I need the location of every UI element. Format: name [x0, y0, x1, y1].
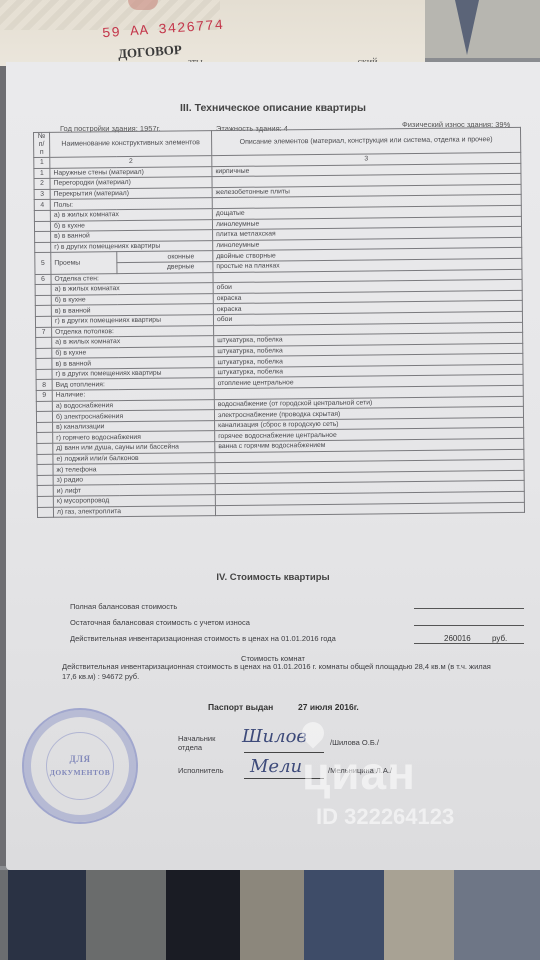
row-num: [35, 242, 51, 253]
head-signature: Шилов: [242, 726, 307, 747]
section-4-title: IV. Стоимость квартиры: [6, 572, 540, 583]
row-num: [37, 486, 53, 497]
row-num: [35, 284, 51, 295]
row-num: [34, 210, 50, 221]
passport-issued-label: Паспорт выдан: [208, 702, 273, 712]
residual-balance-value: [414, 625, 524, 626]
row-num: [37, 443, 53, 454]
stamp-text: ДОКУМЕНТОВ: [24, 768, 136, 777]
row-description: [215, 502, 524, 516]
full-balance-label: Полная балансовая стоимость: [70, 602, 177, 611]
header-num: № п/п: [34, 132, 50, 157]
row-num: [36, 359, 52, 370]
colnum-1: 1: [34, 157, 50, 168]
stamp-text: ДЛЯ: [24, 754, 136, 764]
row-element-name: Проемы: [51, 252, 117, 274]
row-num: 5: [35, 253, 51, 274]
row-num: [37, 496, 53, 507]
row-num: 4: [34, 200, 50, 211]
row-num: [37, 422, 53, 433]
passport-issued-date: 27 июля 2016г.: [298, 702, 359, 712]
row-num: [36, 348, 52, 359]
head-name: /Шилова О.Б./: [330, 738, 379, 747]
header-element-name: Наименование конструктивных элементов: [50, 131, 212, 158]
contract-title: ДОГОВОР: [118, 42, 183, 62]
row-num: [36, 337, 52, 348]
row-num: [37, 454, 53, 465]
row-num: [37, 507, 53, 518]
executor-signature: Мели: [250, 756, 302, 777]
executor-signature-line: [244, 778, 324, 779]
row-num: [35, 316, 51, 327]
actual-value-currency: руб.: [492, 634, 507, 643]
residual-balance-label: Остаточная балансовая стоимость с учетом…: [70, 618, 250, 627]
rooms-cost-text: Действительная инвентаризационная стоимо…: [62, 662, 502, 682]
technical-description-table: № п/п Наименование конструктивных элемен…: [33, 127, 525, 518]
row-num: 9: [36, 390, 52, 401]
background-fabric-bottom: [0, 870, 540, 960]
row-num: [36, 401, 52, 412]
row-num: 6: [35, 274, 51, 285]
row-num: [35, 306, 51, 317]
row-num: [37, 475, 53, 486]
row-num: [34, 221, 50, 232]
row-num: 2: [34, 179, 50, 190]
actual-value-label: Действительная инвентаризационная стоимо…: [70, 634, 336, 643]
row-num: [36, 412, 52, 423]
head-of-department-label: Начальник отдела: [178, 734, 218, 752]
row-num: [35, 295, 51, 306]
row-element-name: л) газ, электроплита: [53, 505, 215, 517]
header-description: Описание элементов (материал, конструкци…: [211, 127, 520, 155]
row-num: 1: [34, 168, 50, 179]
official-stamp: ДЛЯ ДОКУМЕНТОВ: [22, 708, 138, 824]
head-signature-line: [244, 752, 324, 753]
section-3-title: III. Техническое описание квартиры: [6, 102, 540, 114]
row-num: [37, 465, 53, 476]
background-fabric-top: [425, 0, 540, 58]
technical-passport-page: III. Техническое описание квартиры Год п…: [6, 62, 540, 870]
background-contract-paper: 59 АА 3426774 ДОГОВОР ...аты ...ский.: [0, 0, 425, 66]
row-num: 7: [36, 327, 52, 338]
actual-value-underline: [414, 643, 524, 644]
actual-value-amount: 260016: [444, 634, 471, 643]
executor-label: Исполнитель: [178, 766, 223, 775]
row-num: 8: [36, 380, 52, 391]
full-balance-value: [414, 608, 524, 609]
row-num: [35, 231, 51, 242]
executor-name: /Мельницина Л.А./: [328, 766, 392, 775]
row-num: 3: [34, 189, 50, 200]
row-num: [37, 433, 53, 444]
row-num: [36, 369, 52, 380]
